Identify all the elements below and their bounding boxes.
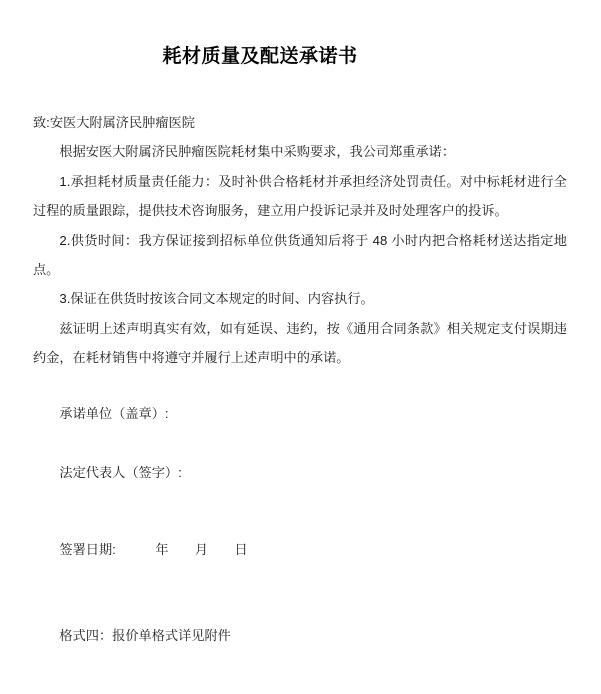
format-note-line: 格式四：报价单格式详见附件 xyxy=(33,621,567,650)
salutation-line: 致:安医大附属济民肿瘤医院 xyxy=(33,108,567,137)
document-title: 耗材质量及配送承诺书 xyxy=(0,44,527,70)
paragraph-closing: 兹证明上述声明真实有效，如有延误、违约，按《通用合同条款》相关规定支付误期违约金… xyxy=(33,314,567,373)
signature-legal-representative-line: 法定代表人（签字）: xyxy=(33,458,567,487)
paragraph-clause-1: 1.承担耗材质量责任能力：及时补供合格耗材并承担经济处罚责任。对中标耗材进行全过… xyxy=(33,167,567,226)
paragraph-intro: 根据安医大附属济民肿瘤医院耗材集中采购要求，我公司郑重承诺： xyxy=(33,137,567,166)
paragraph-clause-2: 2.供货时间：我方保证接到招标单位供货通知后将于 48 小时内把合格耗材送达指定… xyxy=(33,226,567,285)
document-page: 耗材质量及配送承诺书 致:安医大附属济民肿瘤医院 根据安医大附属济民肿瘤医院耗材… xyxy=(0,0,601,694)
signature-date-line: 签署日期: 年 月 日 xyxy=(33,535,567,564)
document-content: 耗材质量及配送承诺书 致:安医大附属济民肿瘤医院 根据安医大附属济民肿瘤医院耗材… xyxy=(0,44,601,650)
document-body: 致:安医大附属济民肿瘤医院 根据安医大附属济民肿瘤医院耗材集中采购要求，我公司郑… xyxy=(33,108,567,650)
paragraph-clause-3: 3.保证在供货时按该合同文本规定的时间、内容执行。 xyxy=(33,284,567,313)
signature-unit-seal-line: 承诺单位（盖章）: xyxy=(33,399,567,428)
